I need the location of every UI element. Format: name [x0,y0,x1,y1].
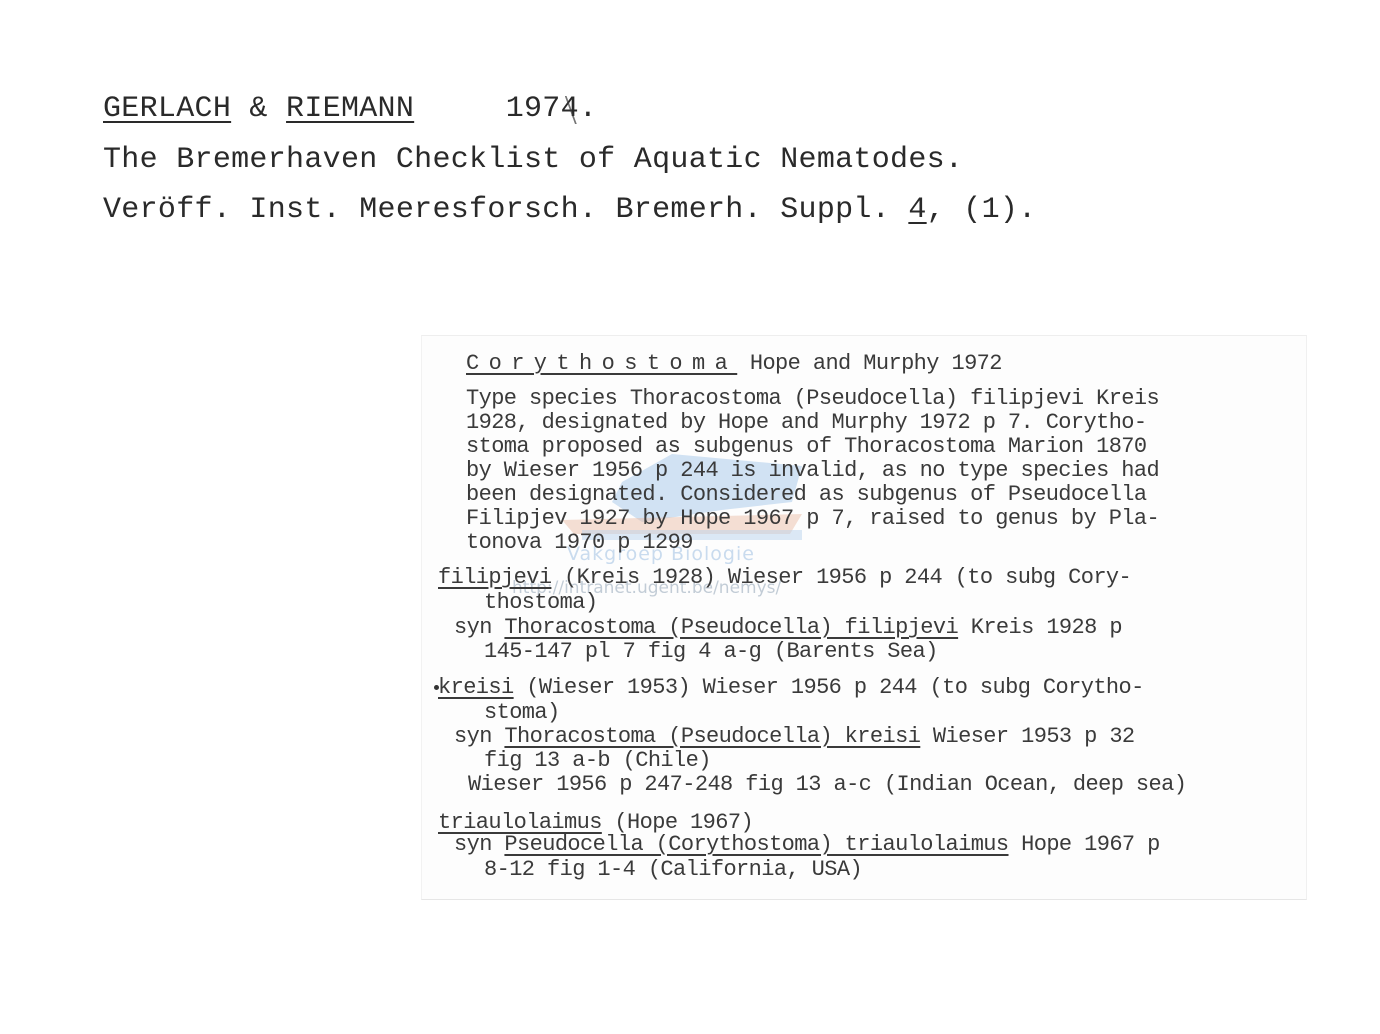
reference-journal: Veröff. Inst. Meeresforsch. Bremerh. Sup… [103,193,1036,227]
synonym-name: Thoracostoma (Pseudocella) kreisi [504,724,920,749]
genus-note-line: tonova 1970 p 1299 [466,532,693,554]
genus-name: Corythostoma [466,351,737,376]
year-correction-mark: 4 [561,92,579,126]
author-gerlach: GERLACH [103,92,231,126]
genus-note-line: been designated. Considered as subgenus … [466,484,1147,506]
supplement-number: 4 [908,193,926,227]
species-entry-filipjevi: filipjevi (Kreis 1928) Wieser 1956 p 244… [438,567,1131,589]
species-name: filipjevi [438,565,551,590]
genus-note-line: Type species Thoracostoma (Pseudocella) … [466,388,1159,410]
synonym-continuation: 8-12 fig 1-4 (California, USA) [484,859,862,881]
species-entry-triaulolaimus: triaulolaimus (Hope 1967) [438,812,753,834]
genus-note-line: by Wieser 1956 p 244 is invalid, as no t… [466,460,1159,482]
publication-year: 1974. [506,92,598,126]
genus-note-line: Filipjev 1927 by Hope 1967 p 7, raised t… [466,508,1159,530]
synonym-entry: syn Thoracostoma (Pseudocella) filipjevi… [454,617,1122,639]
genus-note-line: 1928, designated by Hope and Murphy 1972… [466,412,1147,434]
marker-dot-icon [434,685,439,690]
synonym-continuation: 145-147 pl 7 fig 4 a-g (Barents Sea) [484,641,938,663]
synonym-name: Thoracostoma (Pseudocella) filipjevi [504,615,958,640]
synonym-entry: syn Thoracostoma (Pseudocella) kreisi Wi… [454,726,1135,748]
author-riemann: RIEMANN [286,92,414,126]
additional-record: Wieser 1956 p 247-248 fig 13 a-c (Indian… [468,774,1186,796]
catalogue-slip: Vakgroep Biologie http://intranet.ugent.… [421,335,1307,900]
reference-title: The Bremerhaven Checklist of Aquatic Nem… [103,143,963,177]
synonym-continuation: fig 13 a-b (Chile) [484,750,711,772]
genus-note-line: stoma proposed as subgenus of Thoracosto… [466,436,1147,458]
genus-authority: Hope and Murphy 1972 [750,351,1002,376]
ampersand: & [231,92,286,126]
species-continuation: stoma) [484,702,560,724]
species-entry-kreisi: kreisi (Wieser 1953) Wieser 1956 p 244 (… [438,677,1144,699]
genus-heading: Corythostoma Hope and Murphy 1972 [466,353,1002,375]
synonym-name: Pseudocella (Corythostoma) triaulolaimus [504,832,1008,857]
synonym-entry: syn Pseudocella (Corythostoma) triaulola… [454,834,1160,856]
reference-authors-line: GERLACH & RIEMANN 1974. [103,92,597,126]
part-number: , (1). [927,193,1037,227]
species-continuation: thostoma) [484,592,597,614]
species-name: kreisi [438,675,514,700]
